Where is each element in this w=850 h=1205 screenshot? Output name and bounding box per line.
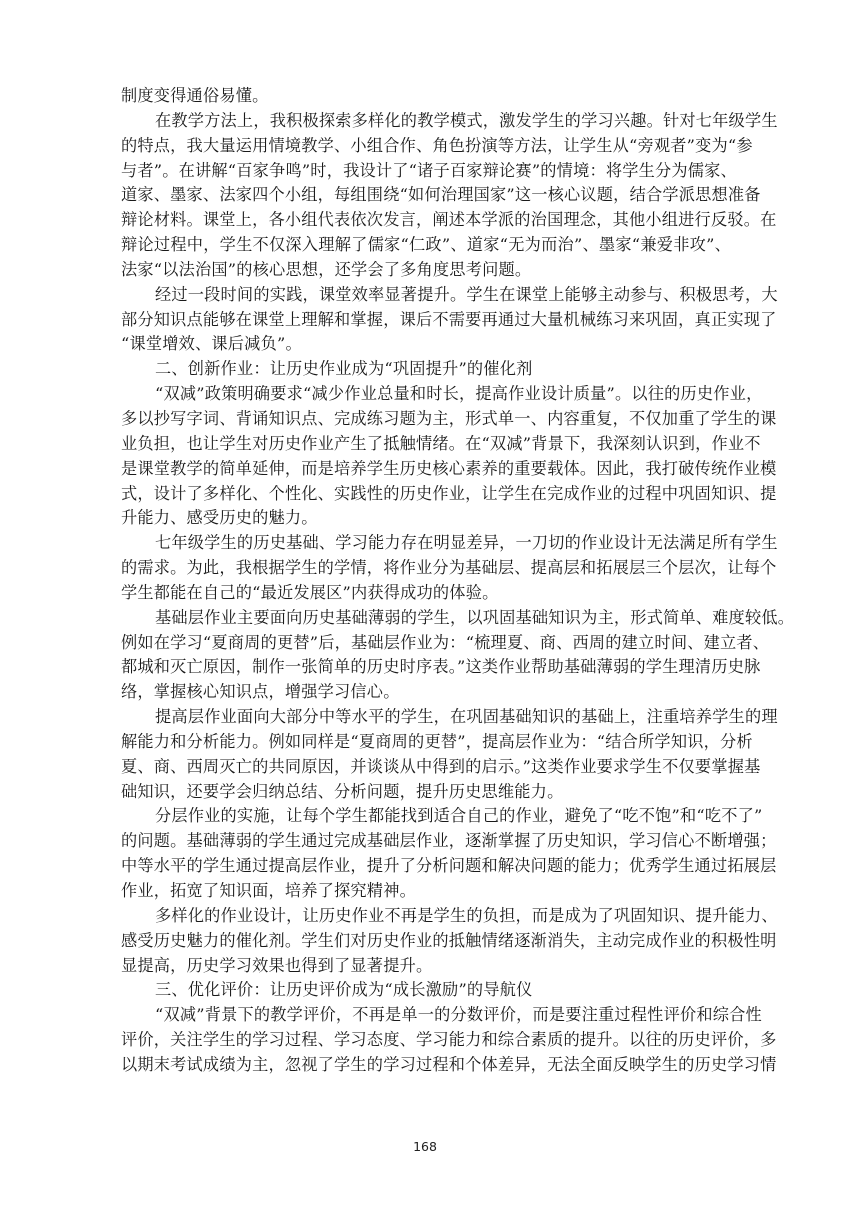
paragraph-first-line: 三、优化评价：让历史评价成为“成长激励”的导航仪 <box>121 978 731 1003</box>
text-line: 例如在学习“夏商周的更替”后，基础层作业为：“梳理夏、商、西周的建立时间、建立者… <box>121 631 731 656</box>
text-line: 础知识，还要学会归纳总结、分析问题，提升历史思维能力。 <box>121 780 731 805</box>
text-line: 中等水平的学生通过提高层作业，提升了分析问题和解决问题的能力；优秀学生通过拓展层 <box>121 854 731 879</box>
text-line: 感受历史魅力的催化剂。学生们对历史作业的抵触情绪逐渐消失，主动完成作业的积极性明 <box>121 929 731 954</box>
paragraph-first-line: 在教学方法上，我积极探索多样化的教学模式，激发学生的学习兴趣。针对七年级学生 <box>121 109 731 134</box>
text-line: 都城和灭亡原因，制作一张简单的历史时序表。”这类作业帮助基础薄弱的学生理清历史脉 <box>121 655 731 680</box>
text-line: 以期末考试成绩为主，忽视了学生的学习过程和个体差异，无法全面反映学生的历史学习情 <box>121 1053 731 1078</box>
text-line: 部分知识点能够在课堂上理解和掌握，课后不需要再通过大量机械练习来巩固，真正实现了 <box>121 308 731 333</box>
text-line: 升能力、感受历史的魅力。 <box>121 506 731 531</box>
text-line: 作业，拓宽了知识面，培养了探究精神。 <box>121 879 731 904</box>
page-number: 168 <box>0 1139 850 1154</box>
text-line: 辩论材料。课堂上，各小组代表依次发言，阐述本学派的治国理念，其他小组进行反驳。在 <box>121 208 731 233</box>
paragraph-first-line: 经过一段时间的实践，课堂效率显著提升。学生在课堂上能够主动参与、积极思考，大 <box>121 283 731 308</box>
text-line: 制度变得通俗易懂。 <box>121 84 731 109</box>
paragraph-first-line: 二、创新作业：让历史作业成为“巩固提升”的催化剂 <box>121 357 731 382</box>
text-line: 解能力和分析能力。例如同样是“夏商周的更替”，提高层作业为：“结合所学知识，分析 <box>121 730 731 755</box>
paragraph-first-line: 基础层作业主要面向历史基础薄弱的学生，以巩固基础知识为主，形式简单、难度较低。 <box>121 606 731 631</box>
paragraph-first-line: 多样化的作业设计，让历史作业不再是学生的负担，而是成为了巩固知识、提升能力、 <box>121 904 731 929</box>
text-line: 夏、商、西周灭亡的共同原因，并谈谈从中得到的启示。”这类作业要求学生不仅要掌握基 <box>121 755 731 780</box>
text-line: 的特点，我大量运用情境教学、小组合作、角色扮演等方法，让学生从“旁观者”变为“参 <box>121 134 731 159</box>
text-line: 是课堂教学的简单延伸，而是培养学生历史核心素养的重要载体。因此，我打破传统作业模 <box>121 457 731 482</box>
text-line: 的问题。基础薄弱的学生通过完成基础层作业，逐渐掌握了历史知识，学习信心不断增强； <box>121 829 731 854</box>
text-line: 络，掌握核心知识点，增强学习信心。 <box>121 680 731 705</box>
text-line: 评价，关注学生的学习过程、学习态度、学习能力和综合素质的提升。以往的历史评价，多 <box>121 1028 731 1053</box>
paragraph-first-line: 提高层作业面向大部分中等水平的学生，在巩固基础知识的基础上，注重培养学生的理 <box>121 705 731 730</box>
text-line: 法家“以法治国”的核心思想，还学会了多角度思考问题。 <box>121 258 731 283</box>
body-text: 制度变得通俗易懂。在教学方法上，我积极探索多样化的教学模式，激发学生的学习兴趣。… <box>121 84 731 1078</box>
text-line: 多以抄写字词、背诵知识点、完成练习题为主，形式单一、内容重复，不仅加重了学生的课 <box>121 407 731 432</box>
text-line: 式，设计了多样化、个性化、实践性的历史作业，让学生在完成作业的过程中巩固知识、提 <box>121 482 731 507</box>
document-page: 制度变得通俗易懂。在教学方法上，我积极探索多样化的教学模式，激发学生的学习兴趣。… <box>0 0 850 1205</box>
text-line: 辩论过程中，学生不仅深入理解了儒家“仁政”、道家“无为而治”、墨家“兼爱非攻”、 <box>121 233 731 258</box>
text-line: 道家、墨家、法家四个小组，每组围绕“如何治理国家”这一核心议题，结合学派思想准备 <box>121 183 731 208</box>
paragraph-first-line: 分层作业的实施，让每个学生都能找到适合自己的作业，避免了“吃不饱”和“吃不了” <box>121 804 731 829</box>
text-line: 显提高，历史学习效果也得到了显著提升。 <box>121 954 731 979</box>
text-line: 与者”。在讲解“百家争鸣”时，我设计了“诸子百家辩论赛”的情境：将学生分为儒家、 <box>121 159 731 184</box>
text-line: “课堂增效、课后减负”。 <box>121 332 731 357</box>
paragraph-first-line: “双减”政策明确要求“减少作业总量和时长，提高作业设计质量”。以往的历史作业， <box>121 382 731 407</box>
text-line: 业负担，也让学生对历史作业产生了抵触情绪。在“双减”背景下，我深刻认识到，作业不 <box>121 432 731 457</box>
text-line: 学生都能在自己的“最近发展区”内获得成功的体验。 <box>121 581 731 606</box>
paragraph-first-line: 七年级学生的历史基础、学习能力存在明显差异，一刀切的作业设计无法满足所有学生 <box>121 531 731 556</box>
text-line: 的需求。为此，我根据学生的学情，将作业分为基础层、提高层和拓展层三个层次，让每个 <box>121 556 731 581</box>
paragraph-first-line: “双减”背景下的教学评价，不再是单一的分数评价，而是要注重过程性评价和综合性 <box>121 1003 731 1028</box>
